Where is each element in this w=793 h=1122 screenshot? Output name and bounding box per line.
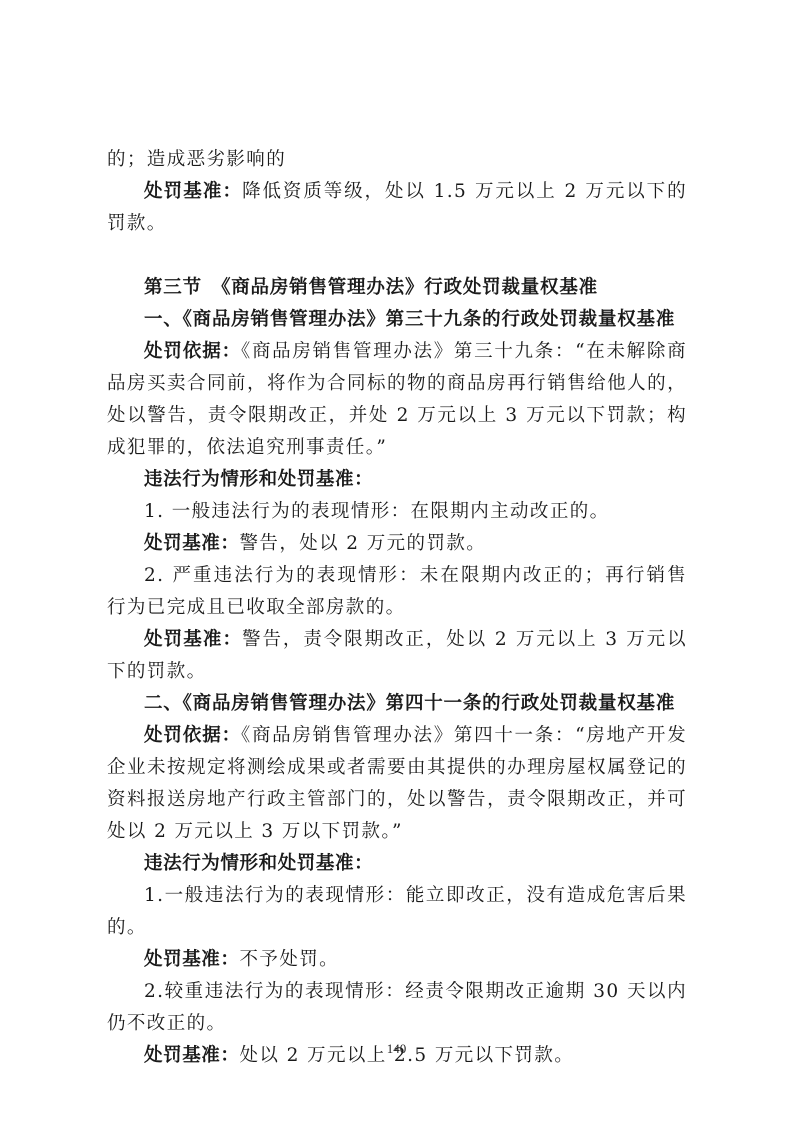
case-penalty: 处罚基准：警告，处以 2 万元的罚款。	[107, 528, 687, 560]
continuation-text: 的；造成恶劣影响的	[107, 144, 687, 176]
situations-label: 违法行为情形和处罚基准：	[107, 848, 687, 880]
penalty-label: 处罚基准：	[144, 629, 242, 650]
page-number: 140	[0, 1041, 793, 1057]
section-title: 第三节 《商品房销售管理办法》行政处罚裁量权基准	[107, 272, 687, 304]
penalty-basis: 处罚依据：《商品房销售管理办法》第四十一条：“房地产开发企业未按规定将测绘成果或…	[107, 720, 687, 848]
case-penalty: 处罚基准：不予处罚。	[107, 944, 687, 976]
case-situation: 1. 一般违法行为的表现情形：在限期内主动改正的。	[107, 496, 687, 528]
case-situation: 2.较重违法行为的表现情形：经责令限期改正逾期 30 天以内仍不改正的。	[107, 976, 687, 1040]
spacer	[107, 240, 687, 272]
situations-label: 违法行为情形和处罚基准：	[107, 464, 687, 496]
case-penalty: 处罚基准：警告，责令限期改正，处以 2 万元以上 3 万元以下的罚款。	[107, 624, 687, 688]
penalty-basis: 处罚依据：《商品房销售管理办法》第三十九条：“在未解除商品房买卖合同前，将作为合…	[107, 336, 687, 464]
penalty-standard: 处罚基准：降低资质等级，处以 1.5 万元以上 2 万元以下的罚款。	[107, 176, 687, 240]
basis-label: 处罚依据：	[144, 341, 241, 362]
penalty-label: 处罚基准：	[144, 533, 240, 554]
penalty-label: 处罚基准：	[144, 181, 242, 202]
penalty-text: 警告，处以 2 万元的罚款。	[240, 533, 487, 554]
case-situation: 2. 严重违法行为的表现情形：未在限期内改正的；再行销售行为已完成且已收取全部房…	[107, 560, 687, 624]
article-heading: 二、《商品房销售管理办法》第四十一条的行政处罚裁量权基准	[107, 688, 687, 720]
case-situation: 1.一般违法行为的表现情形：能立即改正，没有造成危害后果的。	[107, 880, 687, 944]
penalty-label: 处罚基准：	[144, 949, 240, 970]
document-page: 的；造成恶劣影响的 处罚基准：降低资质等级，处以 1.5 万元以上 2 万元以下…	[107, 144, 687, 1072]
article-heading: 一、《商品房销售管理办法》第三十九条的行政处罚裁量权基准	[107, 304, 687, 336]
basis-label: 处罚依据：	[144, 725, 241, 746]
penalty-text: 不予处罚。	[240, 949, 340, 970]
